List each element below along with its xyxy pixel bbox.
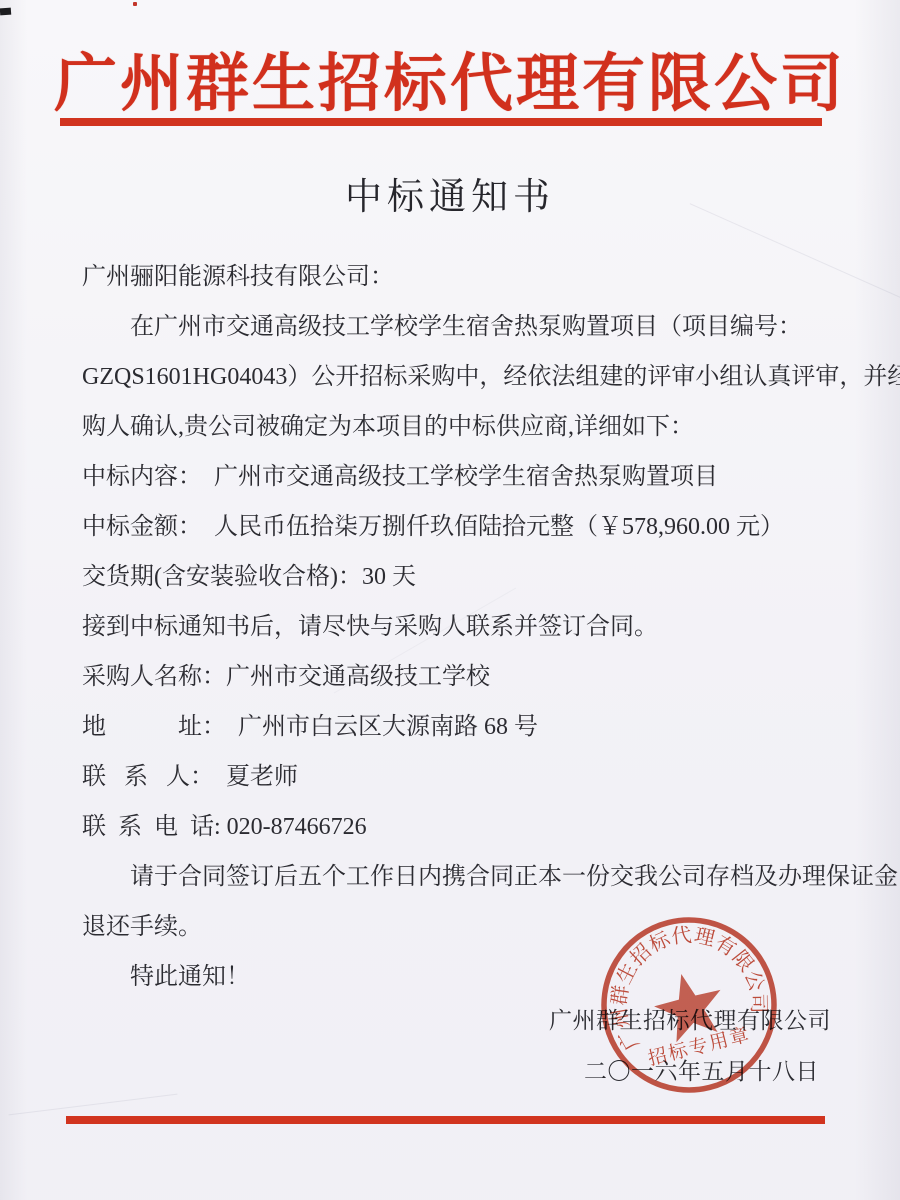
purchaser-line: 采购人名称：广州市交通高级技工学校 — [82, 652, 842, 702]
letterhead-company-name: 广州群生招标代理有限公司 — [0, 33, 900, 124]
body-line: 请于合同签订后五个工作日内携合同正本一份交我公司存档及办理保证金 — [82, 852, 842, 902]
document-title: 中标通知书 — [0, 166, 900, 220]
phone-line: 联 系 电 话: 020-87466726 — [82, 802, 842, 852]
signature-date: 二〇一六年五月十八日 — [584, 1053, 819, 1086]
signature-company: 广州群生招标代理有限公司 — [549, 1002, 831, 1035]
scan-artifact-speck — [133, 2, 137, 6]
document-body: 广州骊阳能源科技有限公司： 在广州市交通高级技工学校学生宿舍热泵购置项目（项目编… — [82, 252, 842, 1002]
body-line: 在广州市交通高级技工学校学生宿舍热泵购置项目（项目编号： — [82, 302, 842, 352]
recipient-line: 广州骊阳能源科技有限公司： — [82, 252, 842, 302]
notice-line: 特此通知！ — [82, 952, 842, 1002]
paper-crease — [9, 1094, 178, 1116]
body-line: 接到中标通知书后，请尽快与采购人联系并签订合同。 — [82, 602, 842, 652]
body-line: 购人确认,贵公司被确定为本项目的中标供应商,详细如下： — [82, 402, 842, 452]
body-line: GZQS1601HG04043）公开招标采购中，经依法组建的评审小组认真评审，并… — [82, 352, 842, 402]
footer-rule — [66, 1116, 825, 1124]
bid-amount-line: 中标金额： 人民币伍拾柒万捌仟玖佰陆拾元整（￥578,960.00 元） — [82, 502, 842, 552]
scan-artifact-mark — [0, 8, 11, 16]
bid-content-line: 中标内容： 广州市交通高级技工学校学生宿舍热泵购置项目 — [82, 452, 842, 502]
address-line: 地 址： 广州市白云区大源南路 68 号 — [82, 702, 842, 752]
scanned-document-page: 广州群生招标代理有限公司 中标通知书 广州骊阳能源科技有限公司： 在广州市交通高… — [0, 0, 900, 1200]
body-line: 退还手续。 — [82, 902, 842, 952]
letterhead-rule — [60, 118, 822, 126]
contact-line: 联 系 人： 夏老师 — [82, 752, 842, 802]
delivery-line: 交货期(含安装验收合格)：30 天 — [82, 552, 842, 602]
